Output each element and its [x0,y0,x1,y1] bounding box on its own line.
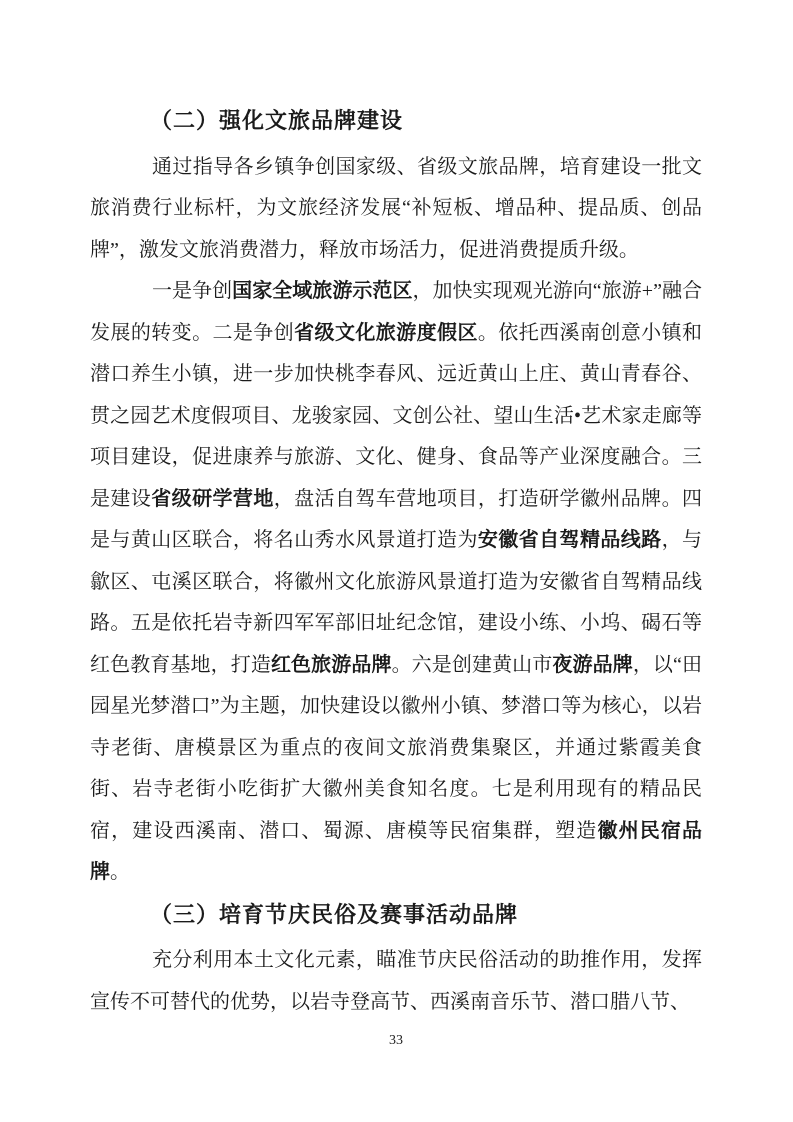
text-segment: 通过指导各乡镇争创国家级、省级文旅品牌，培育建设一批文旅消费行业标杆，为文旅经济… [90,156,702,261]
bold-text-segment: 安徽省自驾精品线路 [478,529,662,551]
text-segment: ，以“田园星光梦潜口”为主题，加快建设以徽州小镇、梦潜口等为核心，以岩寺老街、唐… [90,654,702,842]
section-heading: （二）强化文旅品牌建设 [90,100,702,142]
bold-text-segment: 省级研学营地 [151,488,273,510]
bold-text-segment: 国家全域旅游示范区 [232,280,412,302]
document-page: （二）强化文旅品牌建设通过指导各乡镇争创国家级、省级文旅品牌，培育建设一批文旅消… [0,0,793,1122]
bold-text-segment: 省级文化旅游度假区 [294,322,478,344]
body-paragraph: 充分利用本土文化元素，瞄准节庆民俗活动的助推作用，发挥宣传不可替代的优势，以岩寺… [90,940,702,1023]
section-heading: （三）培育节庆民俗及赛事活动品牌 [90,894,702,936]
text-segment: 。依托西溪南创意小镇和潜口养生小镇，进一步加快桃李春风、远近黄山上庄、黄山青春谷… [90,322,702,510]
bold-text-segment: 红色旅游品牌 [271,654,392,676]
text-segment: 充分利用本土文化元素，瞄准节庆民俗活动的助推作用，发挥宣传不可替代的优势，以岩寺… [90,949,702,1013]
document-content: （二）强化文旅品牌建设通过指导各乡镇争创国家级、省级文旅品牌，培育建设一批文旅消… [90,100,702,1023]
text-segment: 。 [110,861,130,883]
body-paragraph: 一是争创国家全域旅游示范区，加快实现观光游向“旅游+”融合发展的转变。二是争创省… [90,271,702,894]
bold-text-segment: （二）强化文旅品牌建设 [150,108,403,133]
page-number: 33 [90,1032,702,1050]
body-paragraph: 通过指导各乡镇争创国家级、省级文旅品牌，培育建设一批文旅消费行业标杆，为文旅经济… [90,147,702,272]
bold-text-segment: （三）培育节庆民俗及赛事活动品牌 [150,902,518,927]
text-segment: 一是争创 [152,280,232,302]
text-segment: 。六是创建黄山市 [392,654,553,676]
bold-text-segment: 夜游品牌 [552,654,632,676]
